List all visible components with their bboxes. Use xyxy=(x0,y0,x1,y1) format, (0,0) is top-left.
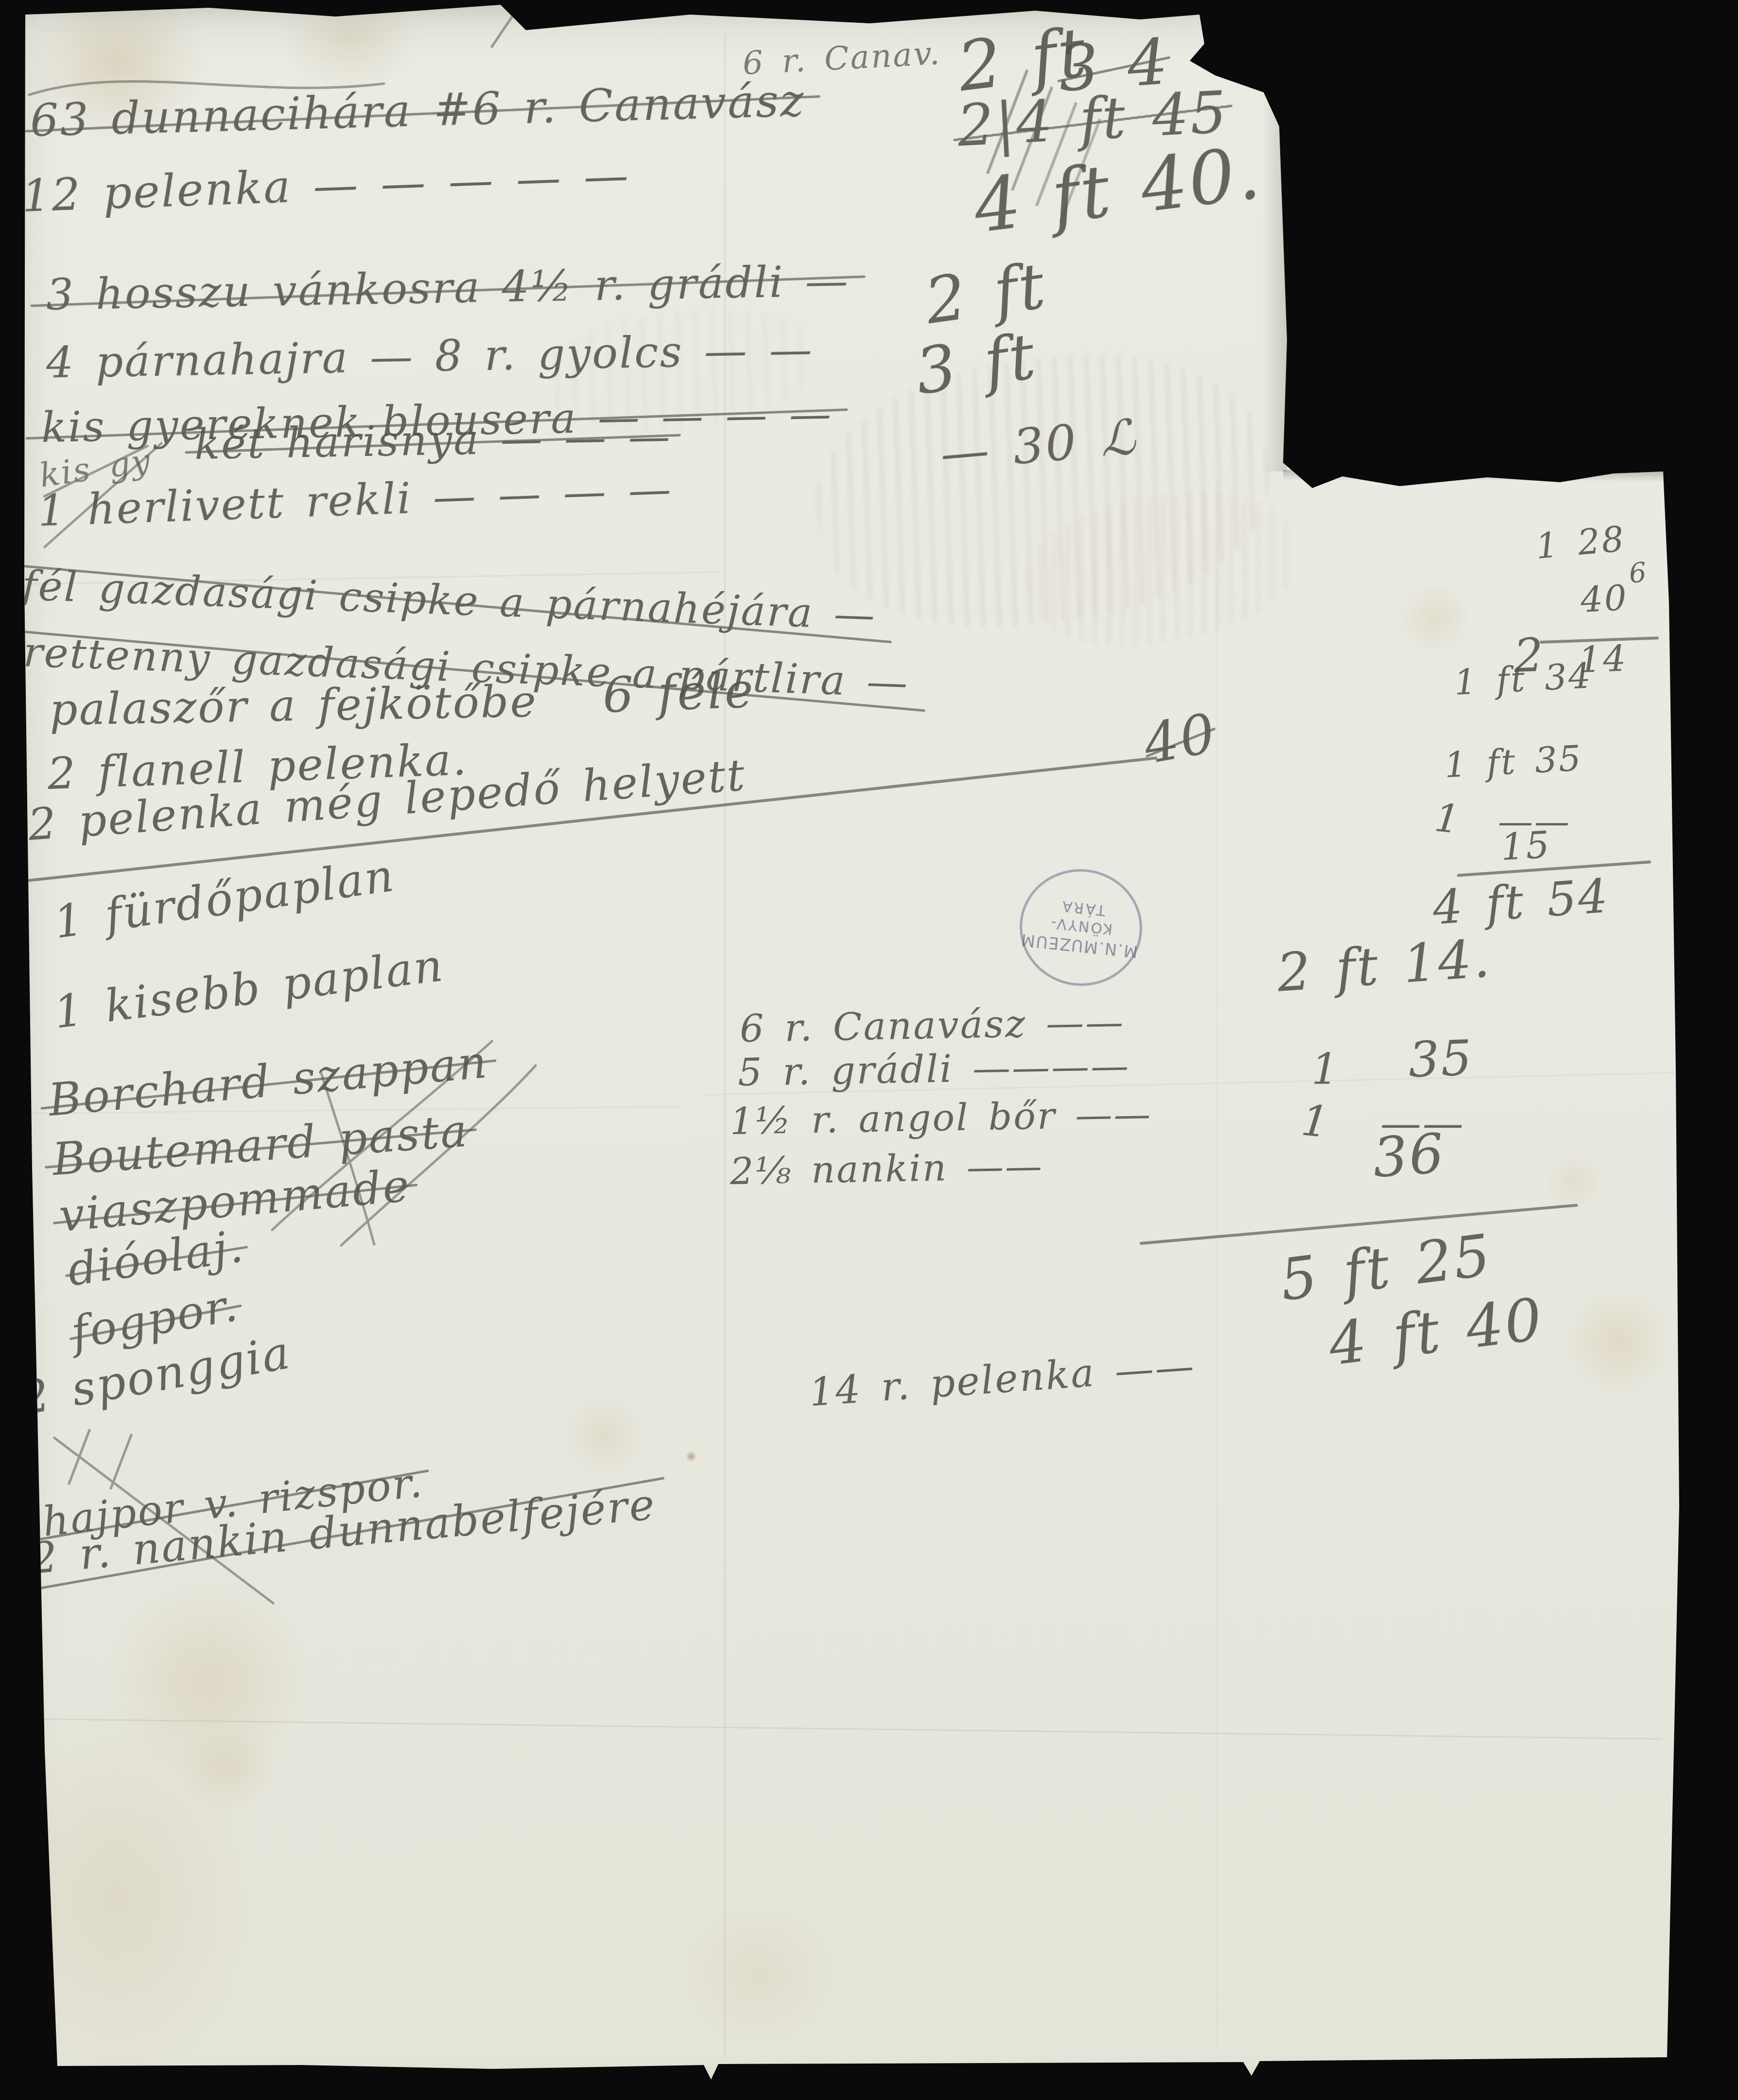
row-item: 1 fürdőpaplan xyxy=(51,849,399,948)
tally-value: 1 ft 35 xyxy=(1443,737,1583,786)
mid-kr: 36 xyxy=(1371,1122,1447,1190)
mid-price: 2 ft 14. xyxy=(1275,928,1493,1003)
amount-note: — 30 ℒ xyxy=(938,408,1139,482)
mid-kr: 35 xyxy=(1408,1029,1474,1088)
tally-value: 1 28 xyxy=(1534,518,1627,567)
tally-value: 1 ft 34 xyxy=(1453,655,1593,703)
tally-value: 15 xyxy=(1500,823,1552,869)
row-item: 3 hosszu vánkosra 4½ r. grádli — xyxy=(46,256,850,320)
tally-value: 1 xyxy=(1432,795,1463,842)
row-item: palaszőr a fejkötőbe xyxy=(49,676,538,735)
row-item: 4 párnahajra — 8 r. gyolcs — — xyxy=(46,324,814,388)
row-tail-cancelled: 40 xyxy=(1139,701,1221,776)
mid-item: 5 r. grádli ———— xyxy=(737,1044,1130,1095)
mid-num: 1 xyxy=(1299,1095,1333,1148)
row-item: 1 kisebb paplan xyxy=(51,939,447,1039)
mid-extra-item: 14 r. pelenka —— xyxy=(808,1343,1197,1415)
stamp-text-line: M.N.MUZEUM xyxy=(1020,930,1139,962)
row-item: 12 pelenka — — — — — xyxy=(21,149,631,222)
paper-sheet: 6 r. Canav. 2 ft 3 4 63 dunnacihára #6 r… xyxy=(0,0,1738,2100)
row-item: 63 dunnacihára #6 r. Canavász xyxy=(30,74,806,147)
ghost-ink-offset xyxy=(1015,473,1308,665)
tear-edge-shadow xyxy=(1283,470,1667,482)
horizontal-crease-bottom xyxy=(19,1718,1662,1739)
tally-total: 4 ft 54 xyxy=(1431,869,1611,935)
row-item: két harisnya — — — xyxy=(194,412,672,469)
scanned-document-page: 6 r. Canav. 2 ft 3 4 63 dunnacihára #6 r… xyxy=(0,0,1738,2100)
library-stamp: M.N.MUZEUM KÖNYV- TÁRA xyxy=(1014,863,1148,992)
mid-num: 1 xyxy=(1311,1044,1340,1094)
vertical-fold-crease-right xyxy=(1216,476,1217,2051)
mid-item: 6 r. Canavász —— xyxy=(739,1000,1125,1051)
row-note: 6 féle xyxy=(602,662,756,724)
mid-item: 2⅛ nankin —— xyxy=(730,1144,1043,1193)
mid-item: 1½ r. angol bőr —— xyxy=(730,1092,1152,1143)
tally-value: 6 xyxy=(1628,557,1649,590)
tally-value: 40 xyxy=(1580,577,1629,620)
torn-edge-shade xyxy=(1262,15,1287,472)
row-item: fél gazdasági csipke a párnahéjára — xyxy=(21,561,877,639)
